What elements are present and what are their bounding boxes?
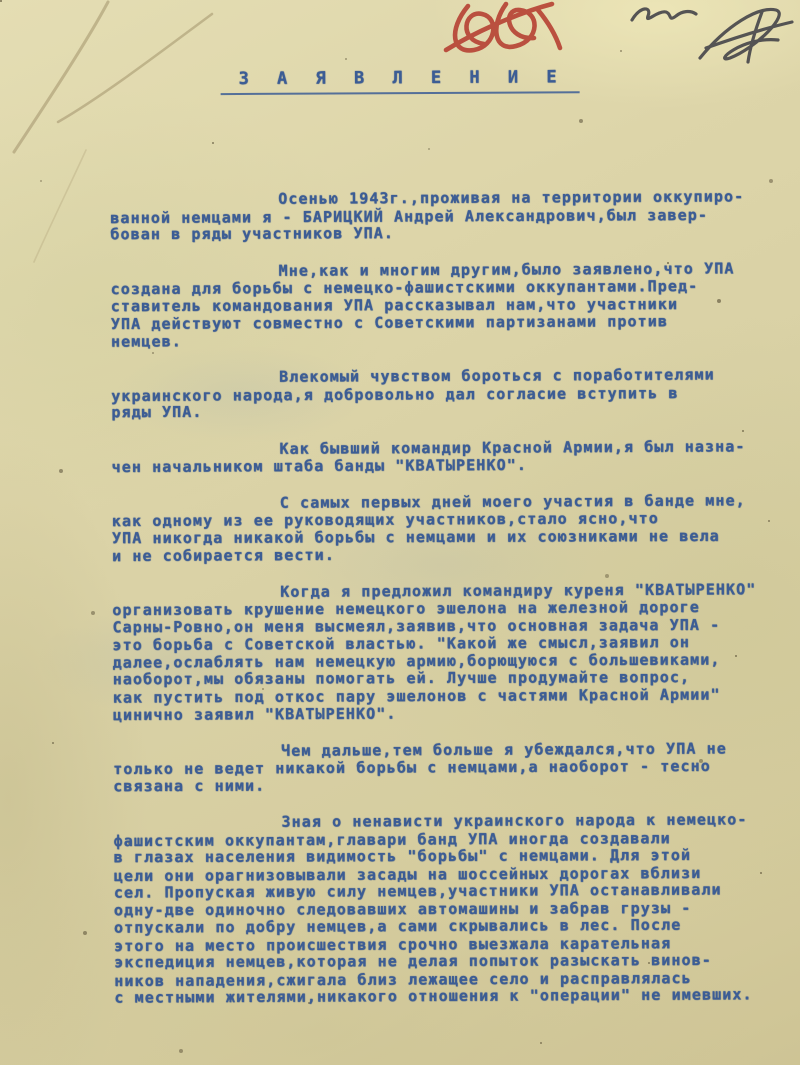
paragraph-line: ников нападения,сжигала близ лежащее сел… (114, 969, 750, 990)
paragraph-line: одну-две одиночно следовавших автомашины… (114, 899, 750, 919)
paper-speckles (0, 0, 2, 2)
document-title-text: З А Я В Л Е Н И Е (220, 67, 579, 95)
paragraph: Когда я предложил командиру куреня "КВАТ… (112, 581, 749, 724)
graphite-mark-icon (632, 9, 792, 62)
paragraph: Влекомый чувством бороться с поработител… (111, 366, 747, 422)
paragraph-line: и не собирается вести. (112, 545, 748, 566)
paragraph: Чем дальше,тем больше я убеждался,что УП… (113, 740, 749, 796)
document-title: З А Я В Л Е Н И Е (110, 66, 746, 95)
paragraph: С самых первых дней моего участия в банд… (112, 492, 748, 565)
paragraph-line: наоборот,мы обязаны помогать ей. Лучше п… (113, 669, 749, 689)
paragraph-line: это борьба с Советской властью. "Какой ж… (112, 634, 748, 655)
paragraph-line: чен начальником штаба банды "КВАТЫРЕНКО"… (112, 456, 748, 477)
paragraph-line: связана с ними. (113, 775, 749, 795)
paragraph-line: цели они орагнизовывали засады на шоссей… (114, 864, 750, 885)
paragraph: Осенью 1943г.,проживая на территории окк… (110, 188, 746, 244)
red-scribble-icon (446, 4, 560, 50)
paragraph-line: цинично заявил "КВАТЫРЕНКО". (113, 704, 749, 725)
document-body: З А Я В Л Е Н И Е Осенью 1943г.,проживая… (110, 66, 751, 1026)
paragraph: Мне,как и многим другим,было заявлено,чт… (111, 260, 747, 351)
paragraph: Как бывший командир Красной Армии,я был … (111, 438, 747, 476)
document-page: З А Я В Л Е Н И Е Осенью 1943г.,проживая… (0, 0, 800, 1065)
paragraph: Зная о ненависти украинского народа к не… (113, 811, 750, 1007)
paragraph-line: бован в ряды участников УПА. (110, 224, 746, 244)
paragraph-line: УПА действуют совместно с Советскими пар… (111, 313, 747, 334)
document-paragraphs: Осенью 1943г.,проживая на территории окк… (110, 188, 750, 1007)
paragraph-line: ряды УПА. (111, 402, 747, 422)
paragraph-line: УПА никогда никакой борьбы с немцами и и… (112, 527, 748, 547)
